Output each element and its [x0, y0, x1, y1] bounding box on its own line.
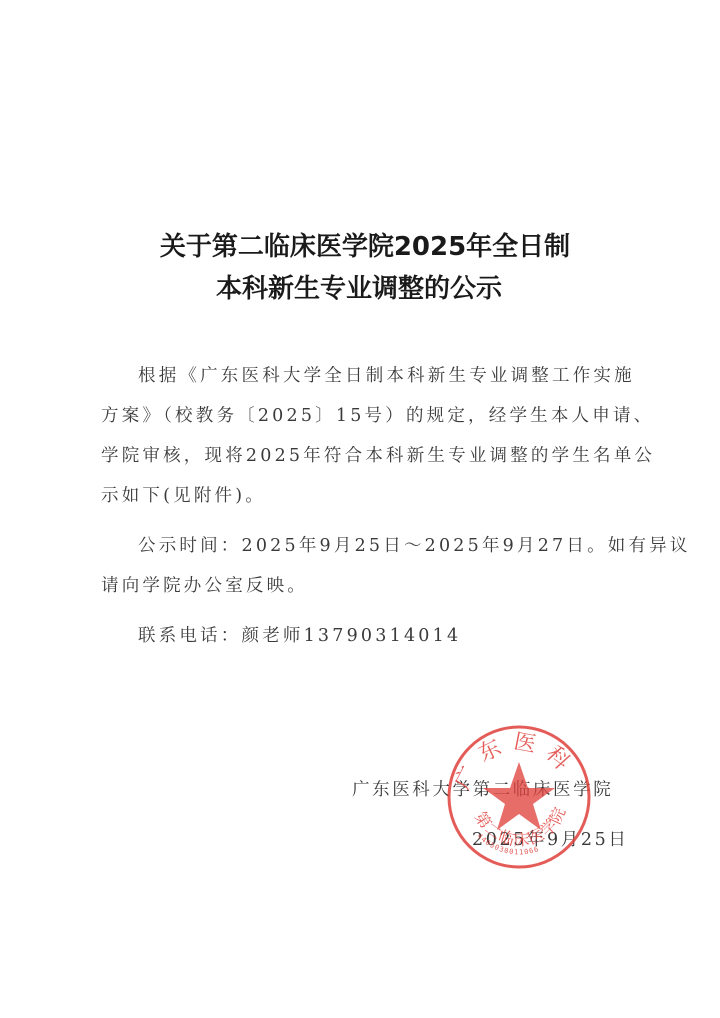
paragraph-line: 根据《广东医科大学全日制本科新生专业调整工作实施	[138, 362, 608, 387]
signature-date: 2025年9月25日	[472, 826, 628, 851]
paragraph-line: 公示时间：2025年9月25日～2025年9月27日。如有异议	[138, 532, 608, 557]
title-line-2: 本科新生专业调整的公示	[0, 268, 719, 305]
contact-phone: 联系电话：颜老师13790314014	[138, 622, 608, 647]
paragraph-line: 示如下(见附件)。	[101, 482, 571, 507]
paragraph-line: 学院审核，现将2025年符合本科新生专业调整的学生名单公	[101, 442, 571, 467]
paragraph-line: 请向学院办公室反映。	[101, 572, 571, 597]
title-line-1: 关于第二临床医学院2025年全日制	[5, 226, 720, 263]
paragraph-line: 方案》（校教务〔2025〕15号）的规定，经学生本人申请、	[101, 402, 571, 427]
signature-organization: 广东医科大学第二临床医学院	[352, 776, 613, 801]
